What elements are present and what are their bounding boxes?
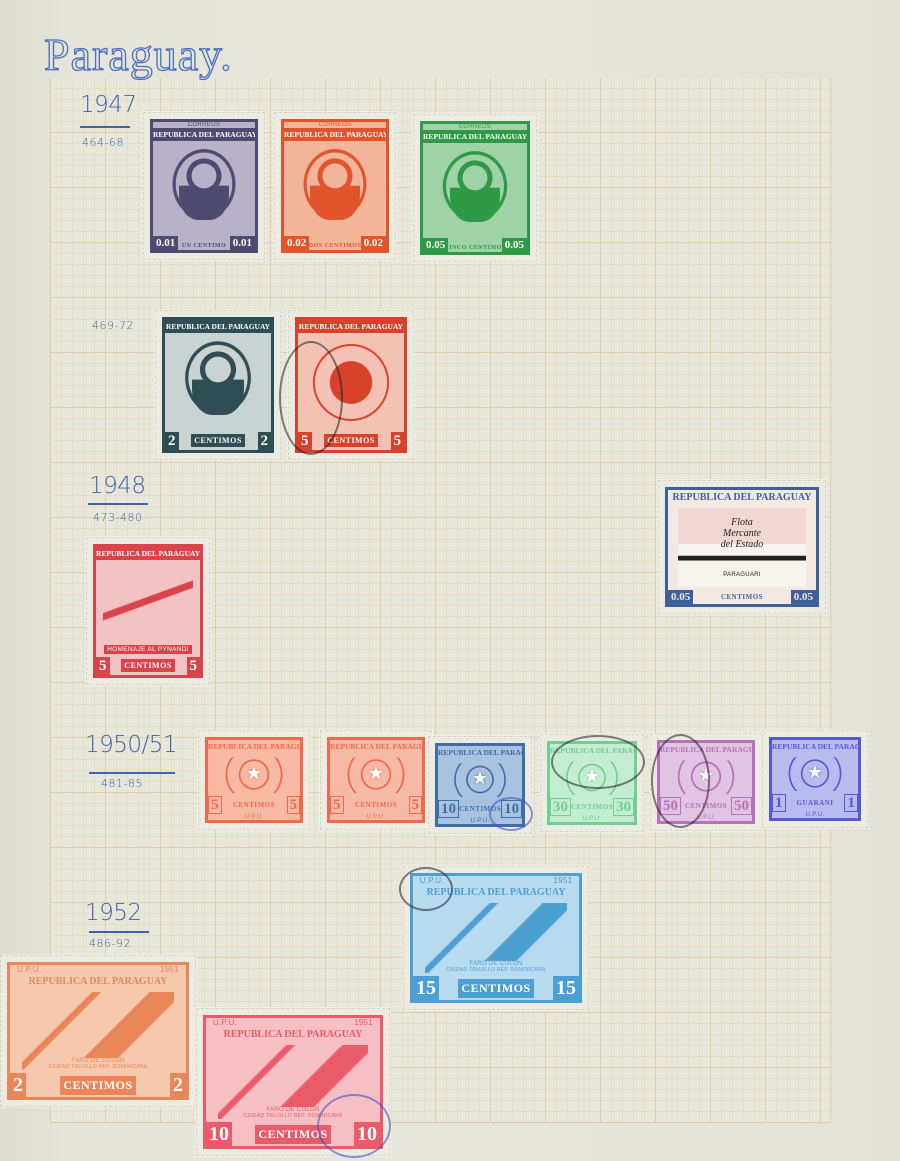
stamp-denomination: CENTIMOS [459,805,501,813]
stamp-design: REPUBLICA DEL PARAGUAY1848 - 19485CENTIM… [295,317,407,453]
stamp-design: CORREOSREPUBLICA DEL PARAGUAY0.01UN CENT… [150,119,258,253]
stamp[interactable]: REPUBLICA DEL PARAGUAY★1GUARANI1U.P.U. [762,730,868,828]
stamp-value-bar: 2CENTIMOS2 [165,432,271,451]
stamp-country: REPUBLICA DEL PARAGUAY [660,743,752,756]
stamp-country: REPUBLICA DEL PARAGUAY [550,744,634,757]
stamp[interactable]: U.P.U.1951REPUBLICA DEL PARAGUAYFARO DE … [403,866,589,1010]
stamp-value: 50 [660,797,681,816]
stamp-country: REPUBLICA DEL PARAGUAY [96,547,200,560]
stamp-vignette [172,336,263,429]
stamp-value-bar: 15CENTIMOS15 [413,976,579,1000]
stamp-value: 2 [165,432,179,451]
stamp[interactable]: REPUBLICA DEL PARAGUAY★50CENTIMOS50U.P.U… [650,733,762,831]
upu-text: U.P.U. [17,965,41,974]
stamp-value: 30 [613,798,634,817]
stamp-vignette: Flota Mercante del EstadoPARAGUARI [678,508,805,587]
section-year-1947: 1947 [80,92,137,118]
stamp-value-bar: 50CENTIMOS50 [660,797,752,816]
catalog-range: 469-72 [92,319,134,332]
stamp-denomination: DOS CENTIMOS [284,243,386,249]
stamp[interactable]: U.P.U.1951REPUBLICA DEL PARAGUAYFARO DE … [196,1008,390,1156]
upu-text: U.P.U. [213,1018,237,1027]
stamp-value: 5 [330,796,344,815]
stamp-value: 15 [413,976,439,1000]
stamp-vignette: FARO DE COLONCIUDAD TRUJILLO REP. DOMINI… [425,903,568,973]
stamp-footer: U.P.U. [367,814,386,820]
stamp-vignette: ★ [556,760,628,795]
stamp-value: 1 [772,794,786,813]
stamp-country: REPUBLICA DEL PARAGUAY [208,740,300,753]
stamp-country: REPUBLICA DEL PARAGUAY [413,885,579,900]
stamp-vignette: ★ [666,759,745,794]
stamp-value-bar: 0.02DOS CENTIMOS0.02 [284,236,386,250]
stamp-country: REPUBLICA DEL PARAGUAY [298,320,404,333]
stamp-value: 2 [170,1073,186,1097]
year-underline [80,126,130,128]
stamp-design: REPUBLICA DEL PARAGUAY★50CENTIMOS50U.P.U… [657,740,755,824]
stamp[interactable]: U.P.U.1951REPUBLICA DEL PARAGUAYFARO DE … [0,955,196,1107]
stamp-vignette: ★ [214,756,293,793]
stamp-value: 5 [287,796,301,815]
stamp[interactable]: REPUBLICA DEL PARAGUAYFlota Mercante del… [658,480,826,614]
stamp-country: REPUBLICA DEL PARAGUAY [438,746,522,759]
stamp[interactable]: REPUBLICA DEL PARAGUAYHOMENAJE AL PYNAND… [86,537,210,685]
stamp-design: U.P.U.1951REPUBLICA DEL PARAGUAYFARO DE … [410,873,582,1003]
stamp-country: REPUBLICA DEL PARAGUAY [330,740,422,753]
stamp-denomination: CENTIMOS [191,434,245,447]
stamp-footer: U.P.U. [471,818,490,824]
stamp-design: U.P.U.1951REPUBLICA DEL PARAGUAYFARO DE … [7,962,189,1100]
stamp-caption: 1848 - 1948 [333,379,368,385]
stamp-design: REPUBLICA DEL PARAGUAYFlota Mercante del… [665,487,819,607]
stamp-value: 0.05 [791,590,816,604]
catalog-range: 464-68 [82,136,124,149]
stamp-denomination: CENTIMOS [571,803,613,811]
stamp-footer: U.P.U. [806,812,825,818]
stamp[interactable]: REPUBLICA DEL PARAGUAY1848 - 19485CENTIM… [288,310,414,460]
stamp-value: 50 [731,797,752,816]
portrait-figure [179,157,228,219]
stamp-vignette: 1848 - 1948 [305,336,396,429]
stamp-country: REPUBLICA DEL PARAGUAY [284,128,386,141]
stamp-caption-secondary: CIUDAD TRUJILLO REP. DOMINICANA [446,967,545,973]
stamp-vignette [160,144,248,233]
section-year-1950-51: 1950/51 [85,732,177,758]
stamp-value-bar: 10CENTIMOS10 [438,800,522,819]
stamp-value: 5 [391,432,405,451]
stamp-caption-secondary: CIUDAD TRUJILLO REP. DOMINICANA [48,1064,147,1070]
stamp-denomination: CENTIMOS [458,979,533,998]
stamp-design: U.P.U.1951REPUBLICA DEL PARAGUAYFARO DE … [203,1015,383,1149]
stamp-footer: U.P.U. [245,814,264,820]
stamp[interactable]: CORREOSREPUBLICA DEL PARAGUAY0.05CINCO C… [413,114,537,262]
stamp-value-bar: 0.05CINCO CENTIMOS0.05 [423,238,527,252]
stamp-denomination: GUARANI [797,799,834,807]
issue-year: 1951 [354,1018,373,1027]
country-title: Paraguay. [44,28,233,81]
stamp-denomination: CINCO CENTIMOS [423,245,527,251]
stamp[interactable]: REPUBLICA DEL PARAGUAY★5CENTIMOS5U.P.U. [320,730,432,830]
stamp-denomination: CENTIMOS [721,593,763,601]
stamp-value-bar: 0.05CENTIMOS0.05 [668,590,816,604]
stamp-value-bar: 5CENTIMOS5 [208,796,300,815]
stamp-denomination: CENTIMOS [60,1076,135,1095]
stamp-value-bar: 1GUARANI1 [772,794,858,813]
stamp-design: REPUBLICA DEL PARAGUAY★1GUARANI1U.P.U. [769,737,861,821]
ship-name: PARAGUARI [723,572,761,578]
stamp-country: REPUBLICA DEL PARAGUAY [153,128,255,141]
stamp-footer: U.P.U. [583,816,602,822]
stamp-country: REPUBLICA DEL PARAGUAY [165,320,271,333]
year-underline [89,772,175,774]
stamp-caption: HOMENAJE AL PYNANDI [104,645,192,654]
star-icon: ★ [584,768,600,786]
year-underline [88,503,148,505]
issue-year: 1951 [160,965,179,974]
stamp-value: 2 [258,432,272,451]
stamp-denomination: CENTIMOS [355,801,397,809]
stamp-value: 5 [208,796,222,815]
stamp-country: REPUBLICA DEL PARAGUAY [772,740,858,753]
stamp-value: 15 [553,976,579,1000]
catalog-range: 481-85 [101,777,143,790]
stamp-vignette [430,146,519,235]
stamp-design: REPUBLICA DEL PARAGUAY★5CENTIMOS5U.P.U. [205,737,303,823]
star-icon: ★ [368,765,384,783]
stamp-value: 5 [96,657,110,676]
stamp-design: REPUBLICA DEL PARAGUAYHOMENAJE AL PYNAND… [93,544,203,678]
stamp[interactable]: CORREOSREPUBLICA DEL PARAGUAY0.01UN CENT… [143,112,265,260]
upu-text: U.P.U. [420,876,444,885]
stamp-value-bar: 5CENTIMOS5 [298,432,404,451]
catalog-range: 473-480 [93,511,142,524]
stamp-value: 2 [10,1073,26,1097]
year-underline [89,931,149,933]
stamp-denomination: CENTIMOS [685,802,727,810]
stamp-vignette: ★ [444,762,516,797]
stamp-country: REPUBLICA DEL PARAGUAY [668,490,816,505]
portrait-figure [192,350,243,415]
stamp-value-bar: 10CENTIMOS10 [206,1122,380,1146]
stamp-denomination: CENTIMOS [255,1125,330,1144]
stamp-denomination: CENTIMOS [233,801,275,809]
portrait-figure [450,159,500,221]
stamp-denomination: CENTIMOS [324,434,378,447]
stamp-upu-year: U.P.U.1951 [17,965,179,974]
stamp-design: REPUBLICA DEL PARAGUAY★10CENTIMOS10U.P.U… [435,743,525,827]
stamp-design: CORREOSREPUBLICA DEL PARAGUAY0.05CINCO C… [420,121,530,255]
stamp-design: REPUBLICA DEL PARAGUAY★5CENTIMOS5U.P.U. [327,737,425,823]
stamp-value-bar: 5CENTIMOS5 [330,796,422,815]
stamp[interactable]: CORREOSREPUBLICA DEL PARAGUAY0.02DOS CEN… [274,112,396,260]
stamp-value: 5 [409,796,423,815]
stamp-upu-year: U.P.U.1951 [213,1018,373,1027]
stamp[interactable]: REPUBLICA DEL PARAGUAY★10CENTIMOS10U.P.U… [428,736,532,834]
stamp[interactable]: REPUBLICA DEL PARAGUAY2CENTIMOS2 [155,310,281,460]
star-icon: ★ [698,767,714,785]
stamp-country: REPUBLICA DEL PARAGUAY [206,1027,380,1042]
stamp-value: 5 [187,657,201,676]
stamp-vignette: ★ [336,756,415,793]
stamp-caption-secondary: CIUDAD TRUJILLO REP. DOMINICANA [243,1113,342,1119]
stamp-value: 10 [354,1122,380,1146]
stamp-value-bar: 2CENTIMOS2 [10,1073,186,1097]
stamp-value: 10 [206,1122,232,1146]
stamp-value: 30 [550,798,571,817]
stamp-value-bar: 0.01UN CENTIMO0.01 [153,236,255,250]
stamp-design: REPUBLICA DEL PARAGUAY2CENTIMOS2 [162,317,274,453]
stamp-value-bar: 5CENTIMOS5 [96,657,200,676]
issue-year: 1951 [553,876,572,885]
stamp-vignette: FARO DE COLONCIUDAD TRUJILLO REP. DOMINI… [22,992,173,1070]
stamp[interactable]: REPUBLICA DEL PARAGUAY★30CENTIMOS30U.P.U… [540,734,644,832]
stamp-vignette: HOMENAJE AL PYNANDI [103,563,192,654]
stamp-upu-year: U.P.U.1951 [420,876,573,885]
section-year-1948: 1948 [89,473,146,499]
stamp-vignette [291,144,379,233]
portrait-figure [310,157,359,219]
stamp-value: 5 [298,432,312,451]
stamp-denomination: CENTIMOS [121,659,175,672]
stamp-design: CORREOSREPUBLICA DEL PARAGUAY0.02DOS CEN… [281,119,389,253]
section-year-1952: 1952 [85,900,142,926]
stamp-vignette: ★ [778,756,852,791]
stamp-denomination: UN CENTIMO [153,243,255,249]
stamp-caption: Flota Mercante del Estado [717,517,767,550]
stamp-country: REPUBLICA DEL PARAGUAY [10,974,186,989]
stamp[interactable]: REPUBLICA DEL PARAGUAY★5CENTIMOS5U.P.U. [198,730,310,830]
stamp-design: REPUBLICA DEL PARAGUAY★30CENTIMOS30U.P.U… [547,741,637,825]
star-icon: ★ [246,765,262,783]
stamp-footer: U.P.U. [697,815,716,821]
stamp-value: 10 [438,800,459,819]
stamp-value: 1 [844,794,858,813]
stamp-value-bar: 30CENTIMOS30 [550,798,634,817]
stamp-vignette: FARO DE COLONCIUDAD TRUJILLO REP. DOMINI… [218,1045,368,1119]
stamp-value: 10 [501,800,522,819]
stamp-value: 0.05 [668,590,693,604]
catalog-range: 486-92 [89,937,131,950]
stamp-country: REPUBLICA DEL PARAGUAY [423,130,527,143]
star-icon: ★ [807,764,823,782]
album-page: Paraguay. 1947 464-68 469-72 1948 473-48… [0,0,900,1161]
star-icon: ★ [472,770,488,788]
